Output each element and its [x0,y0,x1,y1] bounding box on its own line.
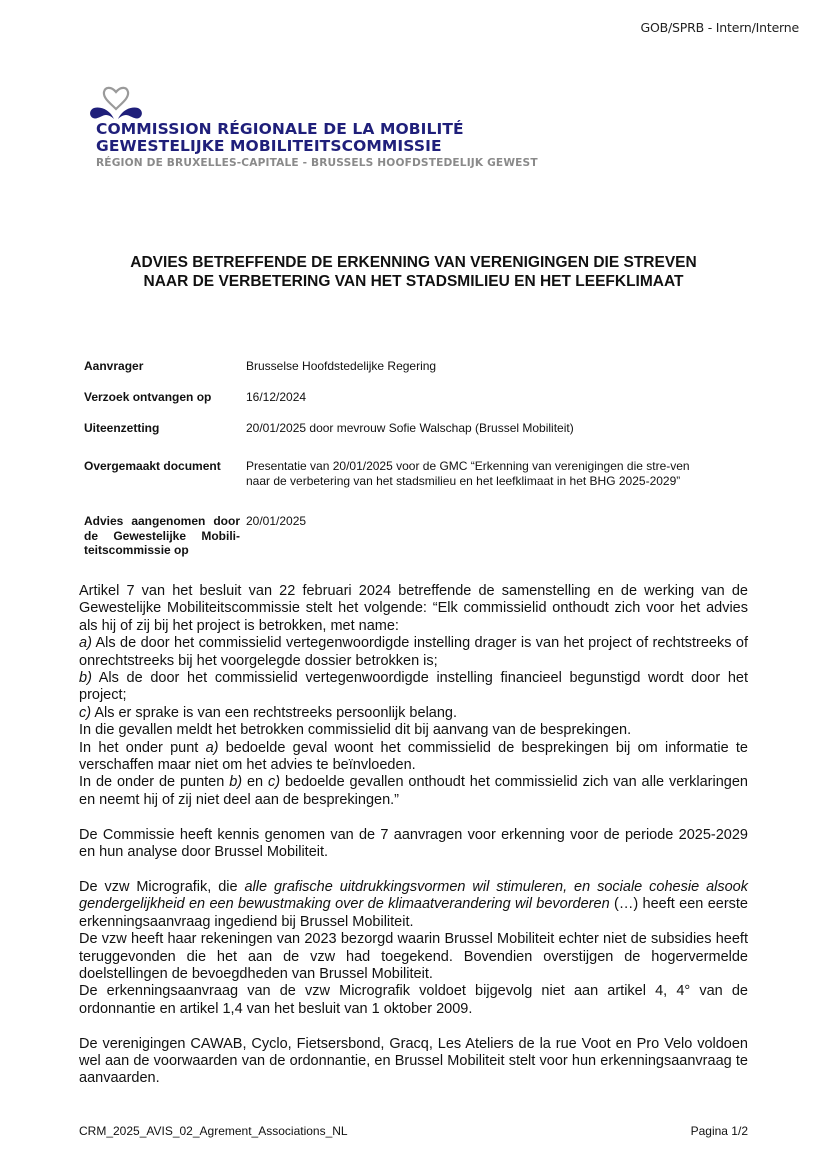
footer-filename: CRM_2025_AVIS_02_Agrement_Associations_N… [79,1124,348,1138]
meta-label: Aanvrager [84,359,246,374]
document-body: Artikel 7 van het besluit van 22 februar… [79,583,748,1088]
logo-title-fr: COMMISSION RÉGIONALE DE LA MOBILITÉ [96,120,464,138]
meta-value: Presentatie van 20/01/2025 voor de GMC “… [246,459,696,488]
meta-row-advies: Advies aangenomen door de Gewestelijke M… [84,514,704,558]
meta-label: Uiteenzetting [84,421,246,436]
meta-value: Brusselse Hoofdstedelijke Regering [246,359,704,374]
title-line-2: NAAR DE VERBETERING VAN HET STADSMILIEU … [0,272,827,291]
article-7-point-c: c) Als er sprake is van een rechtstreeks… [79,705,748,722]
paragraph-approved-associations: De verenigingen CAWAB, Cyclo, Fietsersbo… [79,1036,748,1088]
logo-region-subtitle: RÉGION DE BRUXELLES-CAPITALE - BRUSSELS … [96,157,538,169]
article-7-case-a: In het onder punt a) bedoelde geval woon… [79,740,748,775]
paragraph-micrografik-conclusion: De erkenningsaanvraag van de vzw Microgr… [79,983,748,1018]
logo-title-nl: GEWESTELIJKE MOBILITEITSCOMMISSIE [96,137,442,155]
meta-row-aanvrager: Aanvrager Brusselse Hoofdstedelijke Rege… [84,359,704,374]
paragraph-micrografik-accounts: De vzw heeft haar rekeningen van 2023 be… [79,931,748,983]
article-7-point-b: b) Als de door het commissielid vertegen… [79,670,748,705]
meta-value: 20/01/2025 [246,514,704,558]
paragraph-micrografik: De vzw Micrografik, die alle grafische u… [79,879,748,931]
document-title: ADVIES BETREFFENDE DE ERKENNING VAN VERE… [0,253,827,291]
classification-label: GOB/SPRB - Intern/Interne [641,20,800,35]
article-7-case-bc: In de onder de punten b) en c) bedoelde … [79,774,748,809]
meta-row-document: Overgemaakt document Presentatie van 20/… [84,459,704,488]
meta-label: Advies aangenomen door de Gewestelijke M… [84,514,240,558]
article-7-point-a: a) Als de door het commissielid vertegen… [79,635,748,670]
meta-row-uiteenzetting: Uiteenzetting 20/01/2025 door mevrouw So… [84,421,704,436]
article-7-report: In die gevallen meldt het betrokken comm… [79,722,748,739]
paragraph-applications: De Commissie heeft kennis genomen van de… [79,827,748,862]
meta-value: 20/01/2025 door mevrouw Sofie Walschap (… [246,421,704,436]
footer-page-number: Pagina 1/2 [691,1124,748,1138]
meta-value: 16/12/2024 [246,390,704,405]
meta-label: Verzoek ontvangen op [84,390,246,405]
meta-row-verzoek: Verzoek ontvangen op 16/12/2024 [84,390,704,405]
meta-label: Overgemaakt document [84,459,246,488]
title-line-1: ADVIES BETREFFENDE DE ERKENNING VAN VERE… [0,253,827,272]
article-7-intro: Artikel 7 van het besluit van 22 februar… [79,583,748,635]
heart-drops-logo-icon [88,82,144,122]
